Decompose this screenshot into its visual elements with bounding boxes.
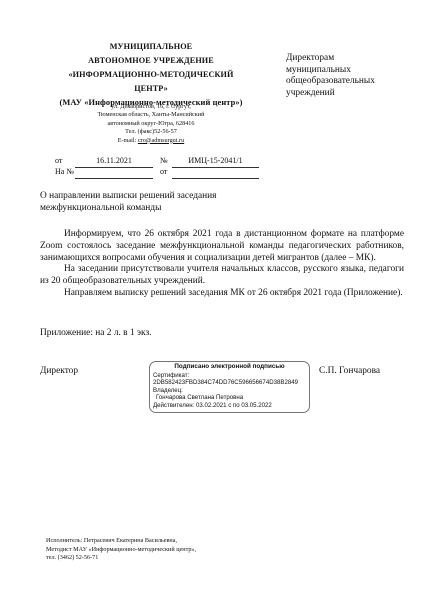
esig-certificate-label: Сертификат: — [153, 372, 306, 380]
ref-number-label: На № — [55, 167, 74, 176]
electronic-signature-stamp: Подписано электронной подписью Сертифика… — [149, 361, 310, 413]
subject-line: О направлении выписки решений заседания — [40, 191, 280, 203]
org-line: «ИНФОРМАЦИОННО-МЕТОДИЧЕСКИЙ — [40, 68, 262, 82]
address-line: автономный округ-Югра, 628416 — [40, 120, 262, 128]
email-link[interactable]: cro@admsurgut.ru — [138, 137, 184, 144]
attachment-note: Приложение: на 2 л. в 1 экз. — [40, 328, 152, 338]
address-line: Тел. (факс)52-56-57 — [40, 128, 262, 136]
subject: О направлении выписки решений заседания … — [40, 191, 280, 214]
recipient-line: муниципальных — [286, 65, 416, 77]
esig-owner-label: Владелец: — [153, 387, 306, 395]
executor-info: Исполнитель: Петрасевич Екатерина Василь… — [46, 537, 196, 563]
footer-line: Исполнитель: Петрасевич Екатерина Василь… — [46, 537, 196, 546]
org-line: ЦЕНТР» — [40, 82, 262, 96]
recipient-line: Директорам — [286, 53, 416, 65]
ref-date — [172, 167, 259, 179]
recipient-line: общеобразовательных — [286, 76, 416, 88]
address-line: ул. Декабристов, 16, г. Сургут, — [40, 103, 262, 111]
ref-date-label: от — [160, 167, 167, 176]
email-label: E-mail: — [118, 137, 138, 144]
email-line: E-mail: cro@admsurgut.ru — [40, 137, 262, 145]
esig-validity: Действителен: 03.02.2021 с по 03.05.2022 — [153, 402, 306, 410]
organization-name: МУНИЦИПАЛЬНОЕ АВТОНОМНОЕ УЧРЕЖДЕНИЕ «ИНФ… — [40, 40, 262, 109]
footer-line: Методист МАУ «Информационно-методический… — [46, 546, 196, 555]
signer-name: С.П. Гончарова — [319, 366, 380, 376]
recipient-block: Директорам муниципальных общеобразовател… — [286, 53, 416, 99]
org-line: МУНИЦИПАЛЬНОЕ — [40, 40, 262, 54]
date-label: от — [55, 156, 62, 165]
ref-number — [75, 167, 153, 179]
organization-address: ул. Декабристов, 16, г. Сургут, Тюменска… — [40, 103, 262, 145]
esig-certificate: 2DB582423FBD384C74DD76C596656674D38B2849 — [153, 379, 306, 387]
subject-line: межфункциональной команды — [40, 203, 280, 215]
body-paragraph: Информируем, что 26 октября 2021 года в … — [40, 229, 404, 264]
number-label: № — [160, 156, 168, 165]
esig-owner: Гончарова Светлана Петровна — [153, 394, 306, 402]
signer-position: Директор — [40, 366, 78, 376]
footer-line: тел. (3462) 52-56-71 — [46, 554, 196, 563]
esig-title: Подписано электронной подписью — [153, 363, 306, 371]
letter-body: Информируем, что 26 октября 2021 года в … — [40, 229, 404, 300]
body-paragraph: На заседании присутствовали учителя нача… — [40, 264, 404, 288]
recipient-line: учреждений — [286, 88, 416, 100]
body-paragraph: Направляем выписку решений заседания МК … — [40, 288, 404, 300]
address-line: Тюменская область, Ханты-Мансийский — [40, 111, 262, 119]
org-line: АВТОНОМНОЕ УЧРЕЖДЕНИЕ — [40, 54, 262, 68]
